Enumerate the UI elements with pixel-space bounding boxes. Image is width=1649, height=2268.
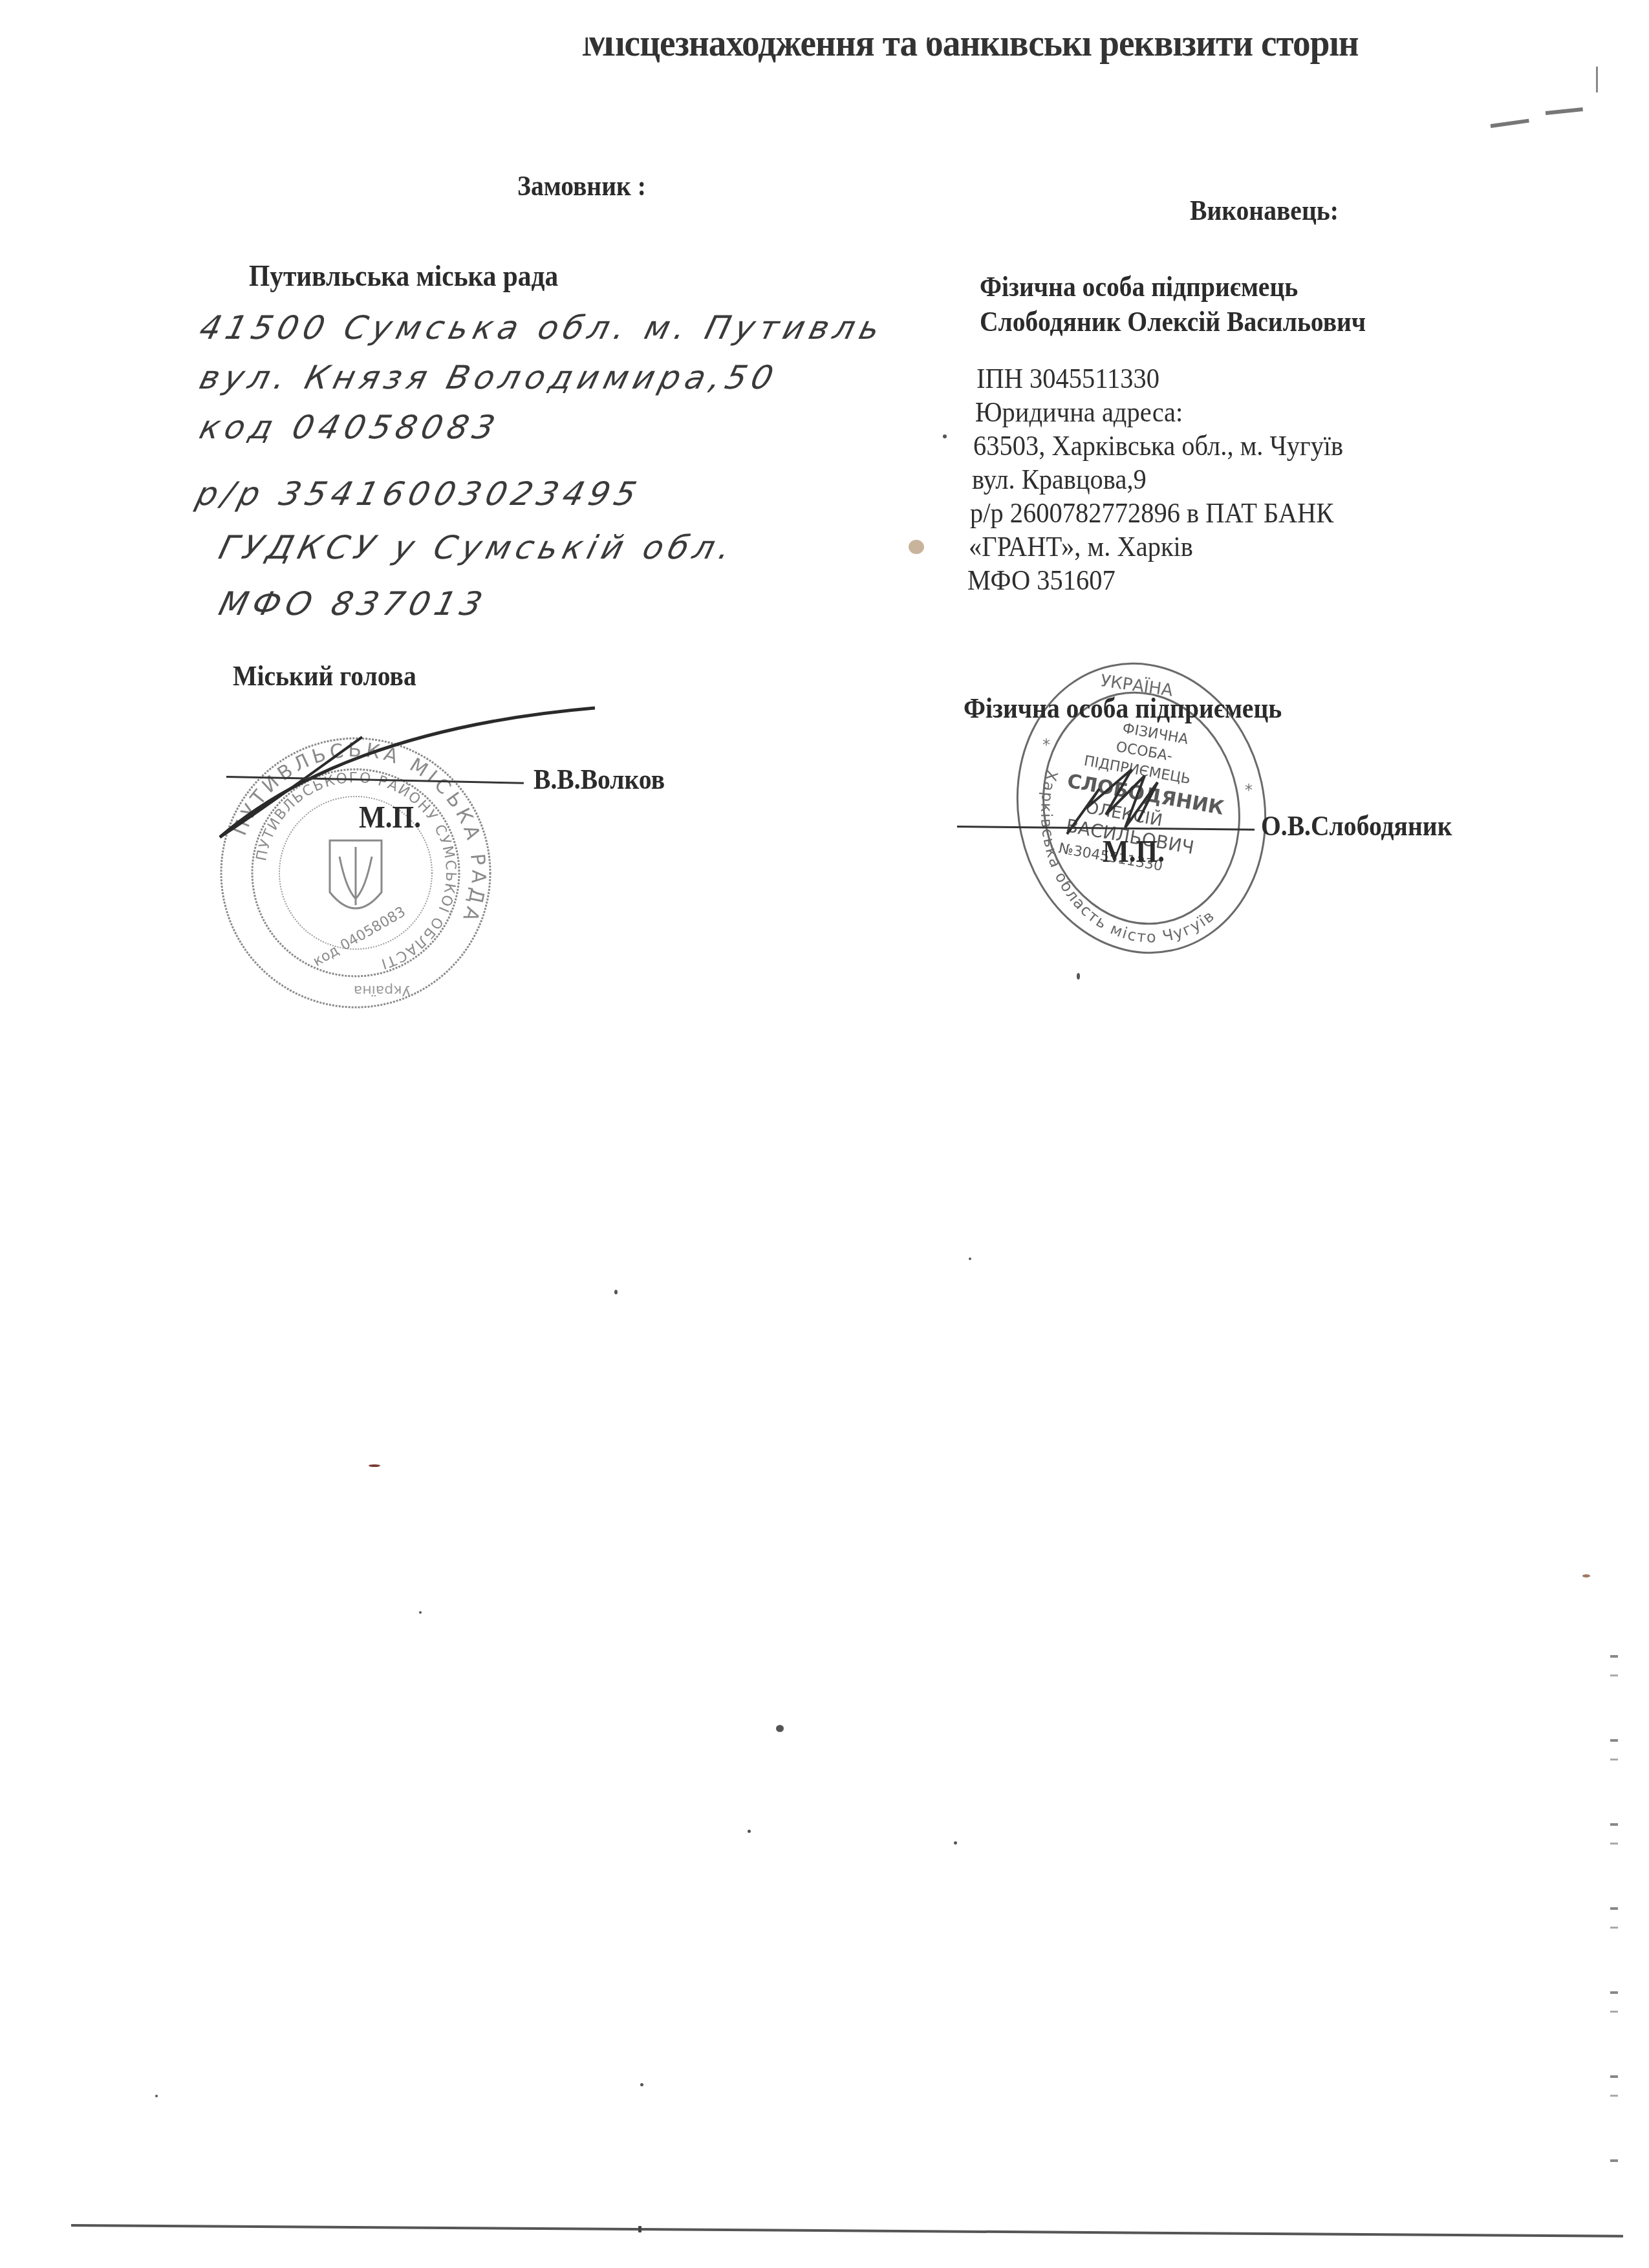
scan-speck [419,1611,422,1614]
handwritten-code-line: код 04058083 [196,409,504,446]
scan-speck [1077,973,1080,979]
svg-text:*: * [1245,781,1253,799]
scan-mark [1491,119,1529,128]
contractor-address-label: Юридична адреса: [975,396,1183,429]
customer-seal-label: М.П. [359,800,421,835]
contractor-title-line1: Фізична особа підприємець [980,270,1298,304]
contractor-address-line1: 63503, Харківська обл., м. Чугуїв [973,429,1343,463]
page-bottom-edge-line [71,2224,1623,2238]
contractor-address-line2: вул. Кравцова,9 [972,463,1147,497]
handwritten-address-line: вул. Князя Володимира,50 [196,359,782,396]
binding-marks [1610,1616,1618,2172]
contractor-bank-account: р/р 2600782772896 в ПАТ БАНК [970,497,1333,530]
stamp-bottom-text: Україна [354,982,411,998]
scan-speck [969,1257,971,1260]
header-text: Місцезнаходження та банківські реквізити… [582,37,1358,65]
contractor-mfo: МФО 351607 [967,564,1115,597]
handwritten-bank-line: ГУДКСУ у Сумській обл. [215,529,740,566]
customer-role-label: Замовник : [517,169,646,202]
scan-speck [943,434,947,438]
svg-text:*: * [1042,736,1050,754]
contractor-role-label: Виконавець: [1190,194,1339,227]
scan-speck [909,540,924,554]
scan-speck [954,1841,957,1845]
scan-speck [638,2226,641,2232]
scan-speck [640,2083,643,2086]
scan-speck [1582,1574,1590,1578]
scan-speck [369,1464,380,1467]
scan-mark [1596,67,1598,92]
contractor-seal-label: М.П. [1103,834,1165,870]
scan-speck [748,1830,751,1833]
customer-signatory-name: В.В.Волков [533,763,665,796]
scan-speck [155,2095,158,2097]
handwritten-address-line: 41500 Сумська обл. м. Путивль [196,309,889,347]
handwritten-mfo-line: МФО 837013 [215,585,491,623]
contractor-signatory-title: Фізична особа підприємець [964,692,1282,725]
customer-name: Путивльська міська рада [249,259,558,293]
contractor-title-line2: Слободяник Олексій Васильович [980,305,1366,338]
contractor-signatory-name: О.В.Слободяник [1261,809,1452,842]
handwritten-account-line: р/р 35416003023495 [193,475,645,513]
scan-mark [1546,107,1583,115]
contractor-bank-name: «ГРАНТ», м. Харків [969,530,1193,564]
document-header: Місцезнаходження та банківські реквізити… [582,37,1358,65]
contractor-tax-id: ІПН 3045511330 [976,362,1159,396]
customer-signatory-title: Міський голова [233,659,416,692]
scan-speck [776,1725,784,1732]
scan-speck [614,1290,618,1294]
